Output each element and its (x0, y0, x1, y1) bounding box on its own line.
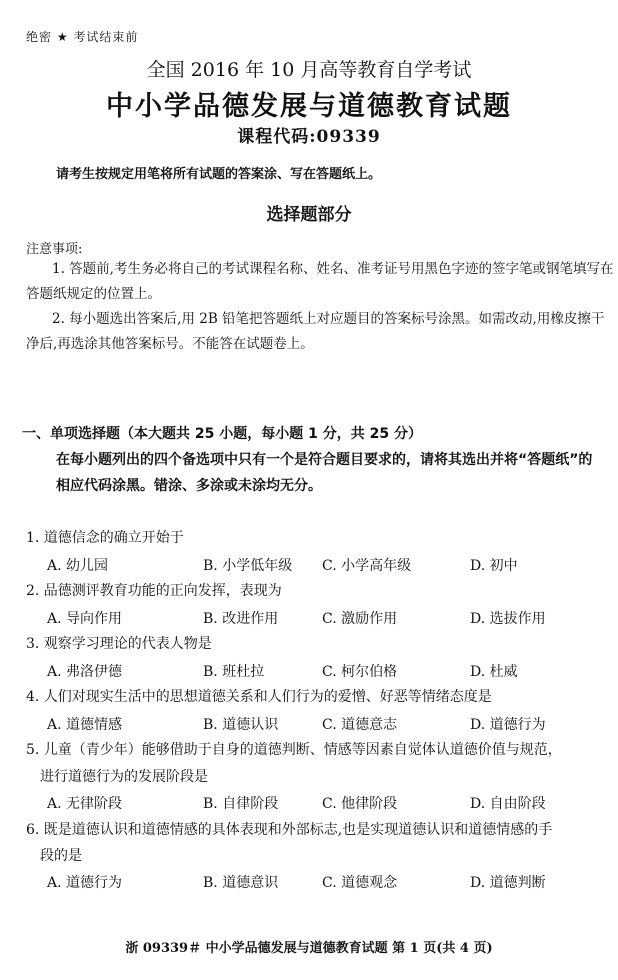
option-b: B. 道德认识 (203, 714, 278, 734)
option-b: B. 小学低年级 (203, 555, 292, 575)
exam-session: 全国 2016 年 10 月高等教育自学考试 (0, 55, 618, 82)
option-b: B. 道德意识 (203, 872, 278, 892)
question-stem: 5. 儿童（青少年）能够借助于自身的道德判断、情感等因素自觉体认道德价值与规范， (26, 739, 562, 759)
option-b: B. 自律阶段 (203, 793, 278, 813)
page-title: 中小学品德发展与道德教育试题 (0, 84, 618, 123)
option-a: A. 道德情感 (47, 714, 122, 734)
option-a: A. 无律阶段 (47, 793, 122, 813)
option-a: A. 弗洛伊德 (47, 661, 122, 681)
answer-instruction: 请考生按规定用笔将所有试题的答案涂、写在答题纸上。 (56, 163, 381, 182)
section-description: 在每小题列出的四个备选项中只有一个是符合题目要求的，请将其选出并将“答题纸”的相… (56, 447, 596, 499)
option-d: D. 选拔作用 (470, 608, 546, 628)
question-stem: 3. 观察学习理论的代表人物是 (26, 633, 212, 653)
question-stem: 6. 既是道德认识和道德情感的具体表现和外部标志,也是实现道德认识和道德情感的手 (26, 819, 552, 839)
notes-title: 注意事项: (26, 238, 82, 257)
option-c: C. 激励作用 (322, 608, 397, 628)
option-c: C. 柯尔伯格 (322, 661, 397, 681)
option-c: C. 道德观念 (322, 872, 397, 892)
option-d: D. 道德行为 (470, 714, 546, 734)
option-c: C. 小学高年级 (322, 555, 411, 575)
note-item: 1. 答题前,考生务必将自己的考试课程名称、姓名、准考证号用黑色字迹的签字笔或钢… (26, 257, 616, 307)
question-stem: 4. 人们对现实生活中的思想道德关系和人们行为的爱憎、好恶等情绪态度是 (26, 686, 492, 706)
option-a: A. 导向作用 (47, 608, 122, 628)
page-footer: 浙 09339＃ 中小学品德发展与道德教育试题 第 1 页(共 4 页) (0, 937, 618, 956)
option-b: B. 改进作用 (203, 608, 278, 628)
course-code: 课程代码:09339 (0, 122, 618, 147)
question-stem-continued: 段的是 (40, 845, 82, 865)
section-heading: 一、单项选择题（本大题共 25 小题，每小题 1 分，共 25 分） (22, 423, 422, 443)
question-stem: 2. 品德测评教育功能的正向发挥，表现为 (26, 580, 282, 600)
option-a: A. 道德行为 (47, 872, 122, 892)
question-stem: 1. 道德信念的确立开始于 (26, 527, 184, 547)
option-d: D. 初中 (470, 555, 518, 575)
note-item: 2. 每小题选出答案后,用 2B 铅笔把答题纸上对应题目的答案标号涂黑。如需改动… (26, 307, 616, 357)
part-title: 选择题部分 (0, 200, 618, 225)
option-d: D. 道德判断 (470, 872, 546, 892)
question-stem-continued: 进行道德行为的发展阶段是 (40, 766, 208, 786)
confidential-mark: 绝密 ★ 考试结束前 (26, 28, 138, 45)
option-b: B. 班杜拉 (203, 661, 264, 681)
option-d: D. 自由阶段 (470, 793, 546, 813)
option-d: D. 杜威 (470, 661, 518, 681)
option-c: C. 他律阶段 (322, 793, 397, 813)
option-a: A. 幼儿园 (47, 555, 108, 575)
option-c: C. 道德意志 (322, 714, 397, 734)
